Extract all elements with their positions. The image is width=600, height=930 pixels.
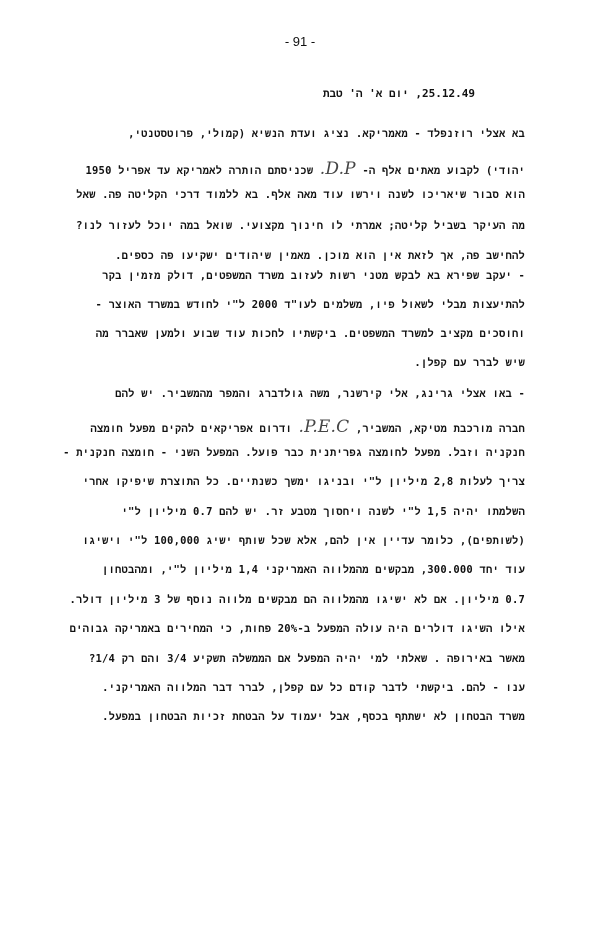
- text-line: אילו השיגו דולרים היה עולה המפעל ב-20% פ…: [70, 623, 525, 636]
- text-line: הוא סבור שיאריכו לשנה וירשו עוד מאה אלף.…: [76, 189, 525, 202]
- page-number: - 91 -: [0, 34, 600, 49]
- text-line: יהודי) לקבוע מאתים אלף ה- D.P. שכניסתם ה…: [86, 159, 526, 179]
- text-line: - באו אצלי גרינג, אלי קירשנר, משה גולדבר…: [115, 388, 525, 401]
- dateline: 25.12.49, יום א' ה' טבת: [323, 87, 475, 101]
- text-line: (לשותפים), כלומר עדיין אין להם, אלא שכל …: [82, 535, 525, 548]
- text-line: וחוסכים מקציב למשרד המשפטים. ביקשתיו לחכ…: [96, 328, 525, 341]
- text-line: - יעקב שפירא בא לבקש מטני רשות לעזוב משר…: [102, 270, 525, 283]
- text-line: מה העיקר בשביל קליטה; אמרתי לו חינוך מקצ…: [76, 220, 525, 233]
- text-line: להתיעצות מבלי לשאול פיו, משלמים לעו"ד 20…: [96, 299, 525, 312]
- text-line: 0.7 מיליון. אם לא ישיגו מהמלווה הם מבקשי…: [70, 594, 526, 607]
- text-line: משרד הבטחון לא ישתתף בכסף, אבל יעמוד על …: [102, 711, 525, 724]
- text-line: עוד יחד 300.000, מבקשים מהמלווה האמריקני…: [102, 564, 525, 577]
- text-line: בא אצלי רוזנפלד - מאמריקא. נציג ועדת הנש…: [128, 128, 525, 141]
- text-line: מאשר באירופה . שאלתי למי יהיה המפעל אם ה…: [89, 653, 525, 666]
- handwritten-annotation: D.P.: [320, 159, 356, 179]
- text-line: חברה מורכבת מטיקא, המשביר, P.E.C. ודרום …: [90, 417, 525, 437]
- text-line: שיש לברר עם קפלן.: [414, 357, 525, 370]
- text-line: חנקניה וזבל. מפעל לחומצה גפריתנית כבר פו…: [63, 447, 525, 460]
- text-line: צריך לעלות 2,8 מיליון ל"י ובניגו ימשך כש…: [83, 476, 525, 489]
- handwritten-annotation: P.E.C.: [299, 417, 350, 437]
- text-line: להחישב פה, אך לזאת אין הוא מוכן. מאמין ש…: [115, 250, 525, 263]
- text-line: השלמתו יהיה 1,5 ל"י לשנה ויחסוך מטבע זר.…: [121, 506, 525, 519]
- text-line: ענו - להם. ביקשתי לדבר קודם כל עם קפלן, …: [102, 682, 525, 695]
